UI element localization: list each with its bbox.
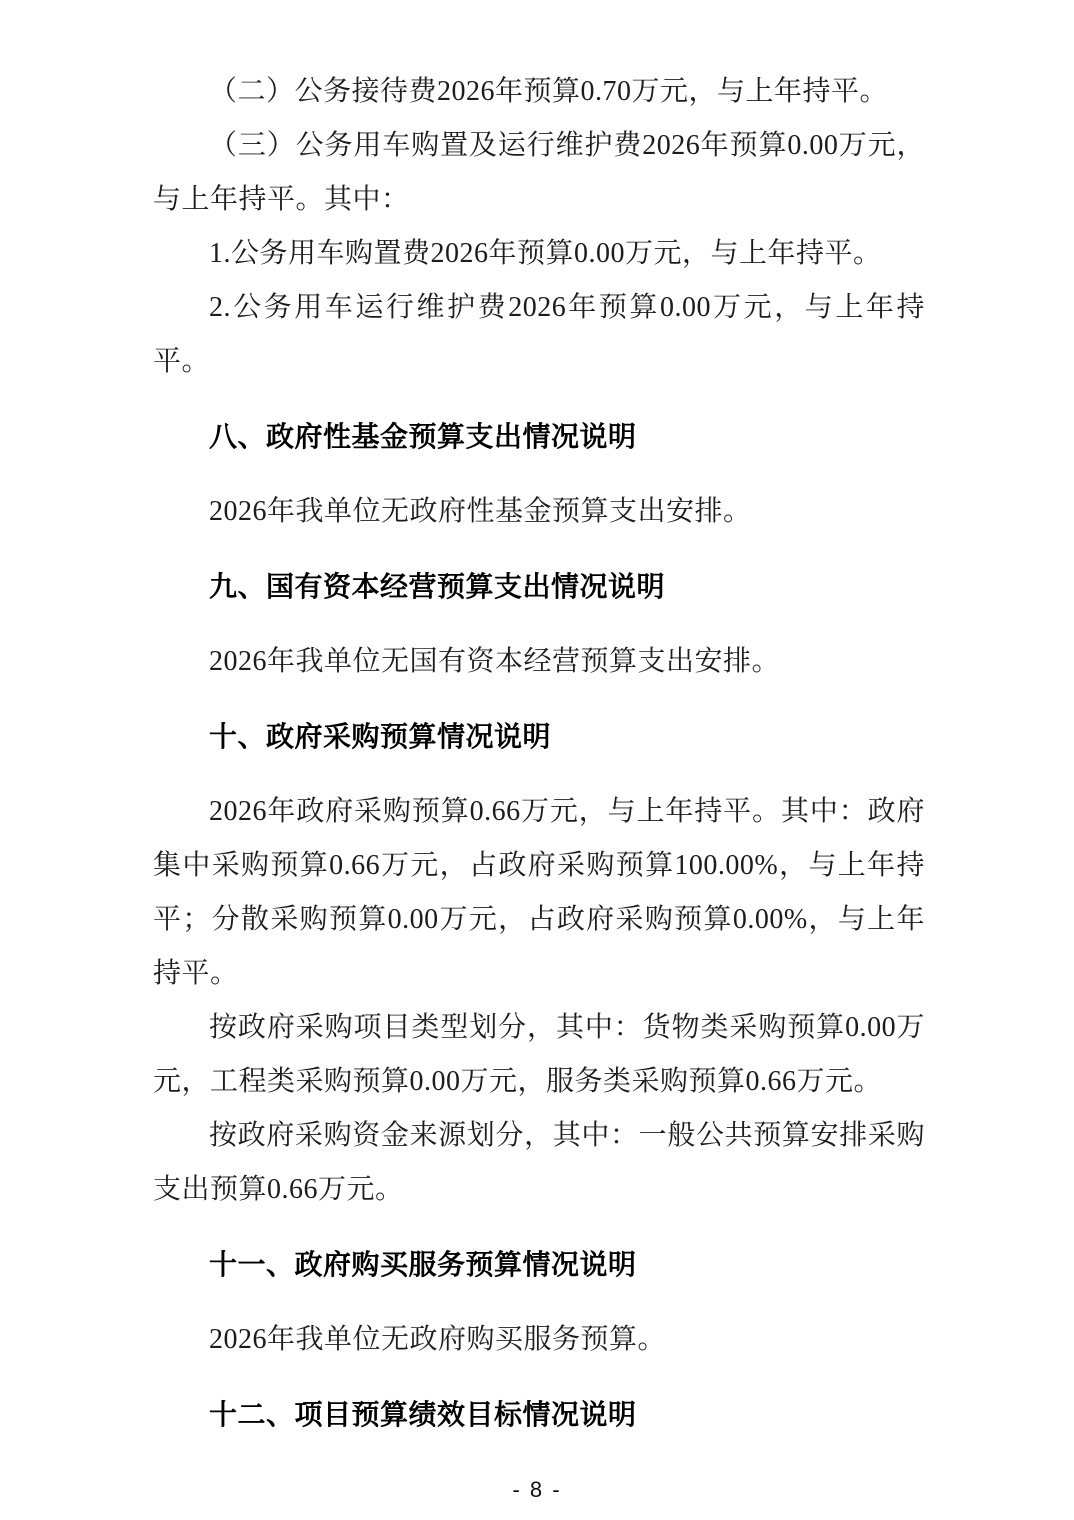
para-vehicle-purchase-fee: 1.公务用车购置费2026年预算0.00万元，与上年持平。: [153, 227, 925, 281]
para-procurement-by-project-type: 按政府采购项目类型划分，其中：货物类采购预算0.00万元，工程类采购预算0.00…: [153, 1001, 925, 1109]
heading-section-8-government-funds: 八、政府性基金预算支出情况说明: [153, 410, 925, 464]
para-official-vehicle-total: （三）公务用车购置及运行维护费2026年预算0.00万元，与上年持平。其中：: [153, 119, 925, 227]
heading-section-11-purchased-services: 十一、政府购买服务预算情况说明: [153, 1238, 925, 1292]
para-procurement-budget-overview: 2026年政府采购预算0.66万元，与上年持平。其中：政府集中采购预算0.66万…: [153, 785, 925, 1001]
para-state-capital-note: 2026年我单位无国有资本经营预算支出安排。: [153, 635, 925, 689]
document-page: （二）公务接待费2026年预算0.70万元，与上年持平。 （三）公务用车购置及运…: [0, 0, 1074, 1520]
heading-section-10-procurement: 十、政府采购预算情况说明: [153, 710, 925, 764]
para-vehicle-operation-fee: 2.公务用车运行维护费2026年预算0.00万元，与上年持平。: [153, 281, 925, 389]
para-purchased-services-note: 2026年我单位无政府购买服务预算。: [153, 1313, 925, 1367]
page-number: - 8 -: [0, 1476, 1074, 1504]
heading-section-12-performance-targets: 十二、项目预算绩效目标情况说明: [153, 1388, 925, 1442]
para-government-funds-note: 2026年我单位无政府性基金预算支出安排。: [153, 485, 925, 539]
para-procurement-by-fund-source: 按政府采购资金来源划分，其中：一般公共预算安排采购支出预算0.66万元。: [153, 1109, 925, 1217]
heading-section-9-state-capital: 九、国有资本经营预算支出情况说明: [153, 560, 925, 614]
para-official-reception-fee: （二）公务接待费2026年预算0.70万元，与上年持平。: [153, 65, 925, 119]
